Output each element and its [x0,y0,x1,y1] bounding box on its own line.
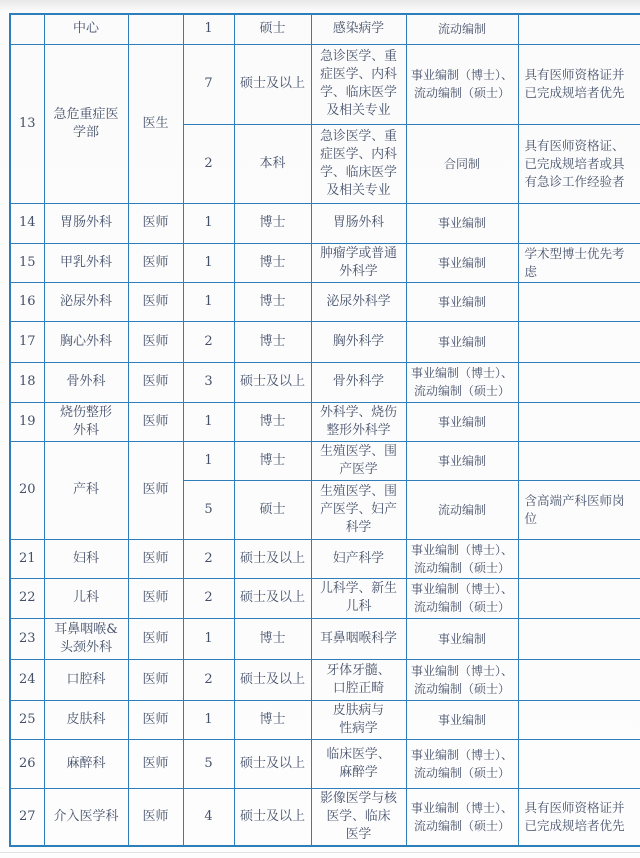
table-row-row-14: 14胃肠外科医师1博士胃肠外科事业编制 [10,203,640,243]
major-cell: 外科学、烧伤 整形外科学 [311,402,406,441]
table-row-row-26: 26麻醉科医师5硕士及以上临床医学、 麻醉学事业编制（博士）、 流动编制（硕士） [10,739,640,788]
establishment-cell: 合同制 [406,124,518,203]
table-row-row-13a: 13急危重症医 学部医生7硕士及以上急诊医学、重 症医学、内科 学、临床医学 及… [10,44,640,124]
notes-cell [518,321,640,362]
department-cell: 口腔科 [44,659,128,700]
major-cell: 急诊医学、重 症医学、内科 学、临床医学 及相关专业 [311,124,406,203]
seq-cell: 24 [10,659,44,700]
seq-cell: 15 [10,243,44,282]
table-row-row-15: 15甲乳外科医师1博士肿瘤学或普通 外科学事业编制学术型博士优先考 虑 [10,243,640,282]
post-cell: 医师 [128,739,183,788]
establishment-cell: 事业编制（博士）、 流动编制（硕士） [406,539,518,578]
major-cell: 耳鼻咽喉科学 [311,618,406,659]
post-cell: 医师 [128,659,183,700]
table-row-row-27: 27介入医学科医师4硕士及以上影像医学与核 医学、临床 医学事业编制（博士）、 … [10,788,640,846]
department-cell: 妇科 [44,539,128,578]
seq-cell: 14 [10,203,44,243]
major-cell: 妇产科学 [311,539,406,578]
count-cell: 3 [183,362,234,402]
department-cell: 急危重症医 学部 [44,44,128,203]
count-cell: 1 [183,14,234,44]
notes-cell [518,402,640,441]
post-cell: 医师 [128,441,183,539]
seq-cell: 16 [10,282,44,321]
page: 中心1硕士感染病学流动编制13急危重症医 学部医生7硕士及以上急诊医学、重 症医… [0,0,640,858]
major-cell: 急诊医学、重 症医学、内科 学、临床医学 及相关专业 [311,44,406,124]
post-cell: 医师 [128,203,183,243]
degree-cell: 硕士及以上 [234,788,311,846]
notes-cell: 具有医师资格证并 已完成规培者优先 [518,788,640,846]
degree-cell: 硕士及以上 [234,362,311,402]
department-cell: 烧伤整形 外科 [44,402,128,441]
establishment-cell: 事业编制（博士）、 流动编制（硕士） [406,659,518,700]
major-cell: 皮肤病与 性病学 [311,700,406,739]
count-cell: 1 [183,700,234,739]
department-cell: 麻醉科 [44,739,128,788]
degree-cell: 硕士及以上 [234,44,311,124]
notes-cell: 具有医师资格证、 已完成规培者或具 有急诊工作经验者 [518,124,640,203]
seq-cell: 23 [10,618,44,659]
degree-cell: 硕士及以上 [234,739,311,788]
notes-cell [518,282,640,321]
major-cell: 肿瘤学或普通 外科学 [311,243,406,282]
post-cell: 医生 [128,44,183,203]
degree-cell: 硕士 [234,14,311,44]
major-cell: 影像医学与核 医学、临床 医学 [311,788,406,846]
seq-cell: 25 [10,700,44,739]
post-cell: 医师 [128,321,183,362]
seq-cell [10,14,44,44]
degree-cell: 博士 [234,441,311,480]
establishment-cell: 事业编制（博士）、 流动编制（硕士） [406,44,518,124]
degree-cell: 博士 [234,282,311,321]
department-cell: 中心 [44,14,128,44]
table-row-row-21: 21妇科医师2硕士及以上妇产科学事业编制（博士）、 流动编制（硕士） [10,539,640,578]
table-row-row-18: 18骨外科医师3硕士及以上骨外科学事业编制（博士）、 流动编制（硕士） [10,362,640,402]
seq-cell: 27 [10,788,44,846]
degree-cell: 硕士及以上 [234,539,311,578]
seq-cell: 17 [10,321,44,362]
post-cell: 医师 [128,243,183,282]
count-cell: 7 [183,44,234,124]
major-cell: 胃肠外科 [311,203,406,243]
count-cell: 1 [183,618,234,659]
page-bottom-divider [0,852,640,853]
notes-cell: 学术型博士优先考 虑 [518,243,640,282]
post-cell: 医师 [128,539,183,578]
table-row-row-17: 17胸心外科医师2博士胸外科学事业编制 [10,321,640,362]
establishment-cell: 事业编制（博士）、 流动编制（硕士） [406,739,518,788]
post-cell: 医师 [128,618,183,659]
post-cell [128,14,183,44]
count-cell: 1 [183,203,234,243]
post-cell: 医师 [128,362,183,402]
seq-cell: 22 [10,578,44,618]
department-cell: 甲乳外科 [44,243,128,282]
count-cell: 1 [183,402,234,441]
department-cell: 胸心外科 [44,321,128,362]
post-cell: 医师 [128,700,183,739]
table-row-row-25: 25皮肤科医师1博士皮肤病与 性病学事业编制 [10,700,640,739]
count-cell: 2 [183,659,234,700]
department-cell: 介入医学科 [44,788,128,846]
table-row-row-16: 16泌尿外科医师1博士泌尿外科学事业编制 [10,282,640,321]
degree-cell: 硕士及以上 [234,659,311,700]
post-cell: 医师 [128,788,183,846]
establishment-cell: 事业编制 [406,700,518,739]
establishment-cell: 事业编制 [406,203,518,243]
major-cell: 生殖医学、围 产医学 [311,441,406,480]
table-row-row-23: 23耳鼻咽喉& 头颈外科医师1博士耳鼻咽喉科学事业编制 [10,618,640,659]
degree-cell: 博士 [234,700,311,739]
notes-cell [518,203,640,243]
count-cell: 2 [183,124,234,203]
degree-cell: 博士 [234,321,311,362]
post-cell: 医师 [128,282,183,321]
count-cell: 5 [183,480,234,539]
post-cell: 医师 [128,402,183,441]
notes-cell [518,739,640,788]
notes-cell [518,700,640,739]
degree-cell: 博士 [234,243,311,282]
count-cell: 2 [183,539,234,578]
establishment-cell: 事业编制 [406,402,518,441]
notes-cell: 含高端产科医师岗 位 [518,480,640,539]
seq-cell: 19 [10,402,44,441]
establishment-cell: 事业编制（博士）、 流动编制（硕士） [406,362,518,402]
establishment-cell: 事业编制 [406,321,518,362]
seq-cell: 18 [10,362,44,402]
recruitment-table-body: 中心1硕士感染病学流动编制13急危重症医 学部医生7硕士及以上急诊医学、重 症医… [10,14,640,846]
notes-cell [518,659,640,700]
establishment-cell: 事业编制 [406,618,518,659]
major-cell: 胸外科学 [311,321,406,362]
notes-cell [518,441,640,480]
department-cell: 儿科 [44,578,128,618]
notes-cell [518,578,640,618]
department-cell: 骨外科 [44,362,128,402]
department-cell: 耳鼻咽喉& 头颈外科 [44,618,128,659]
post-cell: 医师 [128,578,183,618]
degree-cell: 博士 [234,402,311,441]
notes-cell [518,14,640,44]
major-cell: 临床医学、 麻醉学 [311,739,406,788]
count-cell: 2 [183,578,234,618]
recruitment-table: 中心1硕士感染病学流动编制13急危重症医 学部医生7硕士及以上急诊医学、重 症医… [9,13,640,847]
count-cell: 1 [183,282,234,321]
seq-cell: 13 [10,44,44,203]
count-cell: 1 [183,441,234,480]
notes-cell [518,539,640,578]
major-cell: 儿科学、新生 儿科 [311,578,406,618]
establishment-cell: 事业编制 [406,243,518,282]
count-cell: 2 [183,321,234,362]
notes-cell [518,362,640,402]
table-row-row-20a: 20产科医师1博士生殖医学、围 产医学事业编制 [10,441,640,480]
seq-cell: 26 [10,739,44,788]
notes-cell: 具有医师资格证并 已完成规培者优先 [518,44,640,124]
count-cell: 4 [183,788,234,846]
count-cell: 1 [183,243,234,282]
degree-cell: 博士 [234,618,311,659]
department-cell: 产科 [44,441,128,539]
table-row-row-19: 19烧伤整形 外科医师1博士外科学、烧伤 整形外科学事业编制 [10,402,640,441]
count-cell: 5 [183,739,234,788]
table-row-row-22: 22儿科医师2硕士及以上儿科学、新生 儿科事业编制（博士）、 流动编制（硕士） [10,578,640,618]
seq-cell: 20 [10,441,44,539]
table-row-row-12-partial: 中心1硕士感染病学流动编制 [10,14,640,44]
establishment-cell: 事业编制（博士）、 流动编制（硕士） [406,578,518,618]
degree-cell: 硕士及以上 [234,578,311,618]
major-cell: 泌尿外科学 [311,282,406,321]
establishment-cell: 事业编制（博士）、 流动编制（硕士） [406,788,518,846]
department-cell: 皮肤科 [44,700,128,739]
establishment-cell: 事业编制 [406,282,518,321]
establishment-cell: 事业编制 [406,441,518,480]
establishment-cell: 流动编制 [406,480,518,539]
major-cell: 生殖医学、围 产医学、妇产 科学 [311,480,406,539]
major-cell: 骨外科学 [311,362,406,402]
department-cell: 泌尿外科 [44,282,128,321]
notes-cell [518,618,640,659]
degree-cell: 博士 [234,203,311,243]
major-cell: 牙体牙髓、 口腔正畸 [311,659,406,700]
seq-cell: 21 [10,539,44,578]
table-row-row-24: 24口腔科医师2硕士及以上牙体牙髓、 口腔正畸事业编制（博士）、 流动编制（硕士… [10,659,640,700]
degree-cell: 本科 [234,124,311,203]
degree-cell: 硕士 [234,480,311,539]
department-cell: 胃肠外科 [44,203,128,243]
major-cell: 感染病学 [311,14,406,44]
establishment-cell: 流动编制 [406,14,518,44]
